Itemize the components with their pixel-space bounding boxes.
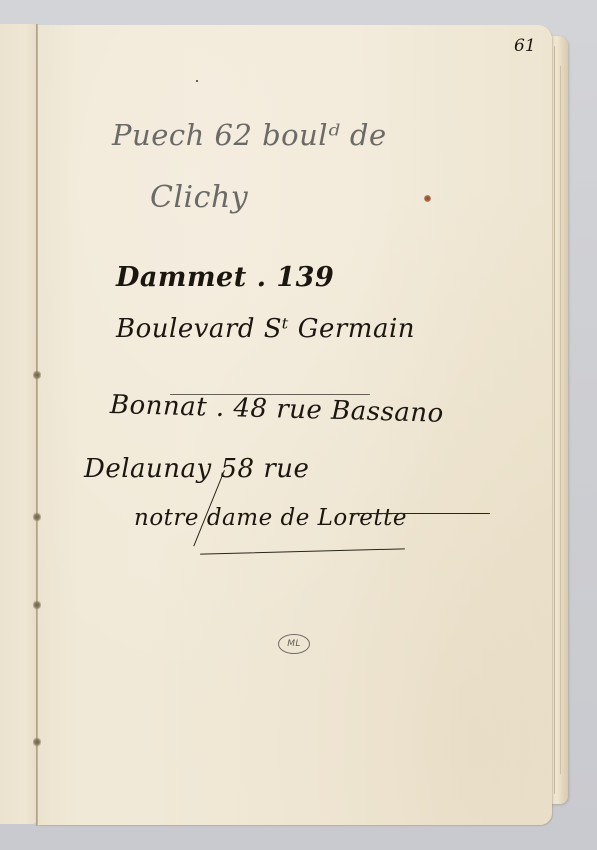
- entry-delaunay-line-2: notre dame de Lorette: [134, 505, 407, 531]
- entry-puech-line-1: Puech 62 boulᵈ de: [112, 118, 387, 152]
- binding-stitch: [33, 370, 41, 380]
- strike-stroke: [350, 513, 490, 514]
- overline-stroke: [170, 394, 370, 395]
- entry-dammet-line-1: Dammet . 139: [116, 262, 334, 293]
- entry-delaunay-line-1: Delaunay 58 rue: [84, 454, 309, 484]
- entry-puech-line-2: Clichy: [150, 180, 248, 215]
- library-stamp: ML: [278, 634, 310, 654]
- binding-stitch: [33, 600, 41, 610]
- binding-stitch: [33, 512, 41, 522]
- page-number: 61: [514, 36, 536, 56]
- ink-speck: [196, 80, 198, 82]
- left-facing-page: [0, 24, 37, 824]
- binding-stitch: [33, 737, 41, 747]
- binding-gutter: [36, 24, 38, 826]
- paper-stain: [424, 195, 431, 202]
- entry-dammet-line-2: Boulevard Sᵗ Germain: [116, 314, 415, 344]
